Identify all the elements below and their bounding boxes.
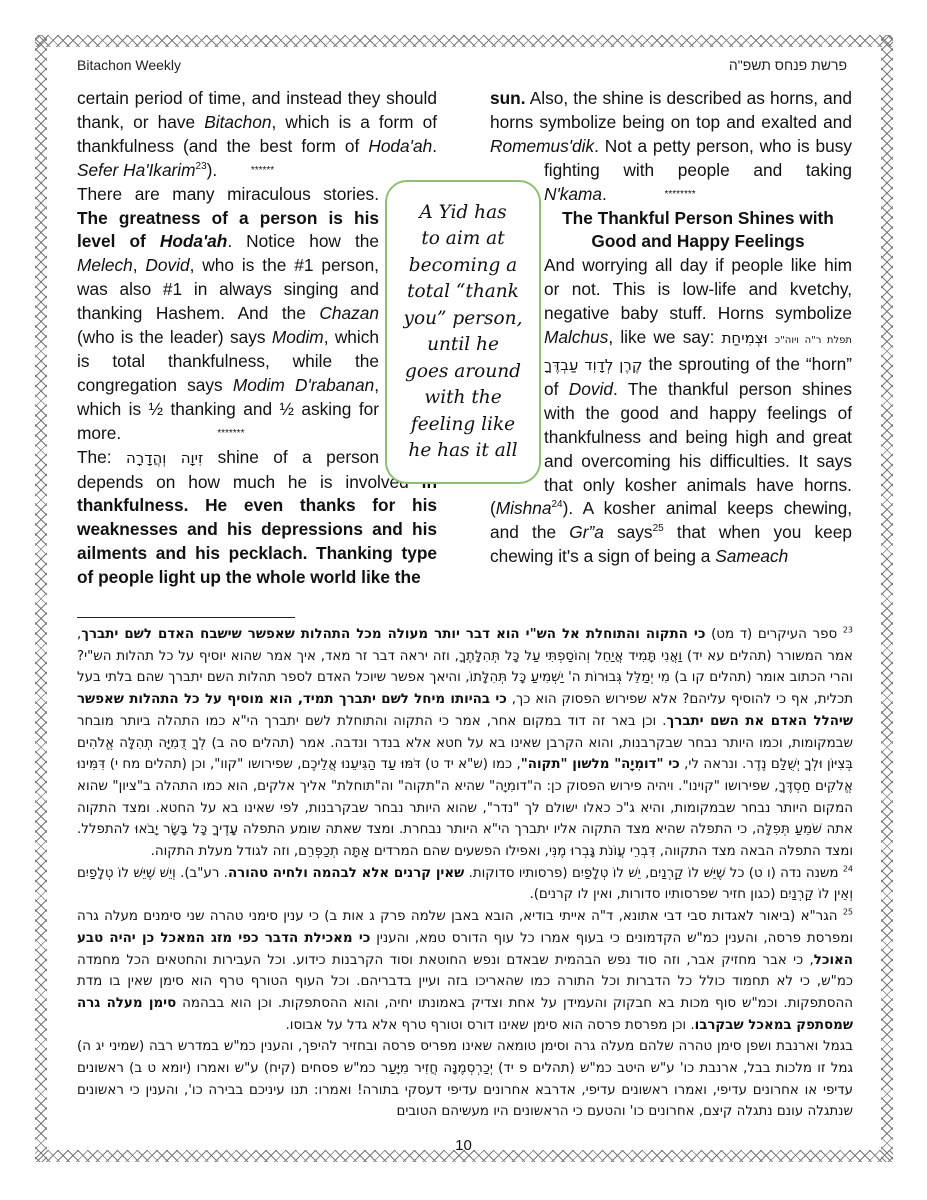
footnote-ref-23[interactable]: 23 xyxy=(196,161,207,172)
header-parsha-title: פרשת פנחס תשפ"ה xyxy=(729,57,847,73)
footnote-number: 24 xyxy=(843,864,853,873)
paragraph: certain period of time, and instead they… xyxy=(77,87,437,183)
section-divider-stars: ******** xyxy=(664,189,695,200)
pullquote-wrap-spacer xyxy=(490,159,544,493)
paragraph: The: זִיוָה וְהֲדָרָה shine of a person … xyxy=(77,446,437,590)
section-heading: The Thankful Person Shines with Good and… xyxy=(490,207,852,255)
right-column: sun. Also, the shine is described as hor… xyxy=(490,87,852,569)
footnote-ref-25[interactable]: 25 xyxy=(653,524,664,535)
footnote-24: 24 משנה נדה (ו ט) כל שֶׁיֵּשׁ לוֹ קַרְנַ… xyxy=(77,863,853,906)
section-divider-stars: ****** xyxy=(251,165,274,176)
border-top xyxy=(35,35,893,47)
pull-quote-line: until he xyxy=(427,332,499,359)
paragraph: sun. Also, the shine is described as hor… xyxy=(490,87,852,207)
footnote-number: 25 xyxy=(843,908,853,917)
header-publication-title: Bitachon Weekly xyxy=(77,57,181,73)
footnotes-section: 23 ספר העיקרים (ד מט) כי התקוה והתוחלת א… xyxy=(77,624,853,1123)
footnote-number: 23 xyxy=(843,626,853,635)
left-column: certain period of time, and instead they… xyxy=(77,87,437,590)
paragraph: And worrying all day if people like him … xyxy=(490,254,852,569)
footnote-separator xyxy=(77,617,295,618)
footnote-25: 25 הגר"א (ביאור לאגדות סבי דבי אתונא, ד"… xyxy=(77,906,853,1036)
border-left xyxy=(35,35,47,1162)
hebrew-source-citation: תפלת ר"ה ויוה"כ xyxy=(775,335,852,346)
footnote-25-continued: בגמל וארנבת ושפן סימן טהרה שלהם מעלה גרה… xyxy=(77,1036,853,1123)
border-right xyxy=(881,35,893,1162)
hebrew-phrase: זִיוָה וְהֲדָרָה xyxy=(126,449,203,467)
section-divider-stars: ******* xyxy=(217,428,244,439)
footnote-ref-24[interactable]: 24 xyxy=(551,500,562,511)
page-number: 10 xyxy=(0,1137,927,1154)
footnote-23: 23 ספר העיקרים (ד מט) כי התקוה והתוחלת א… xyxy=(77,624,853,863)
